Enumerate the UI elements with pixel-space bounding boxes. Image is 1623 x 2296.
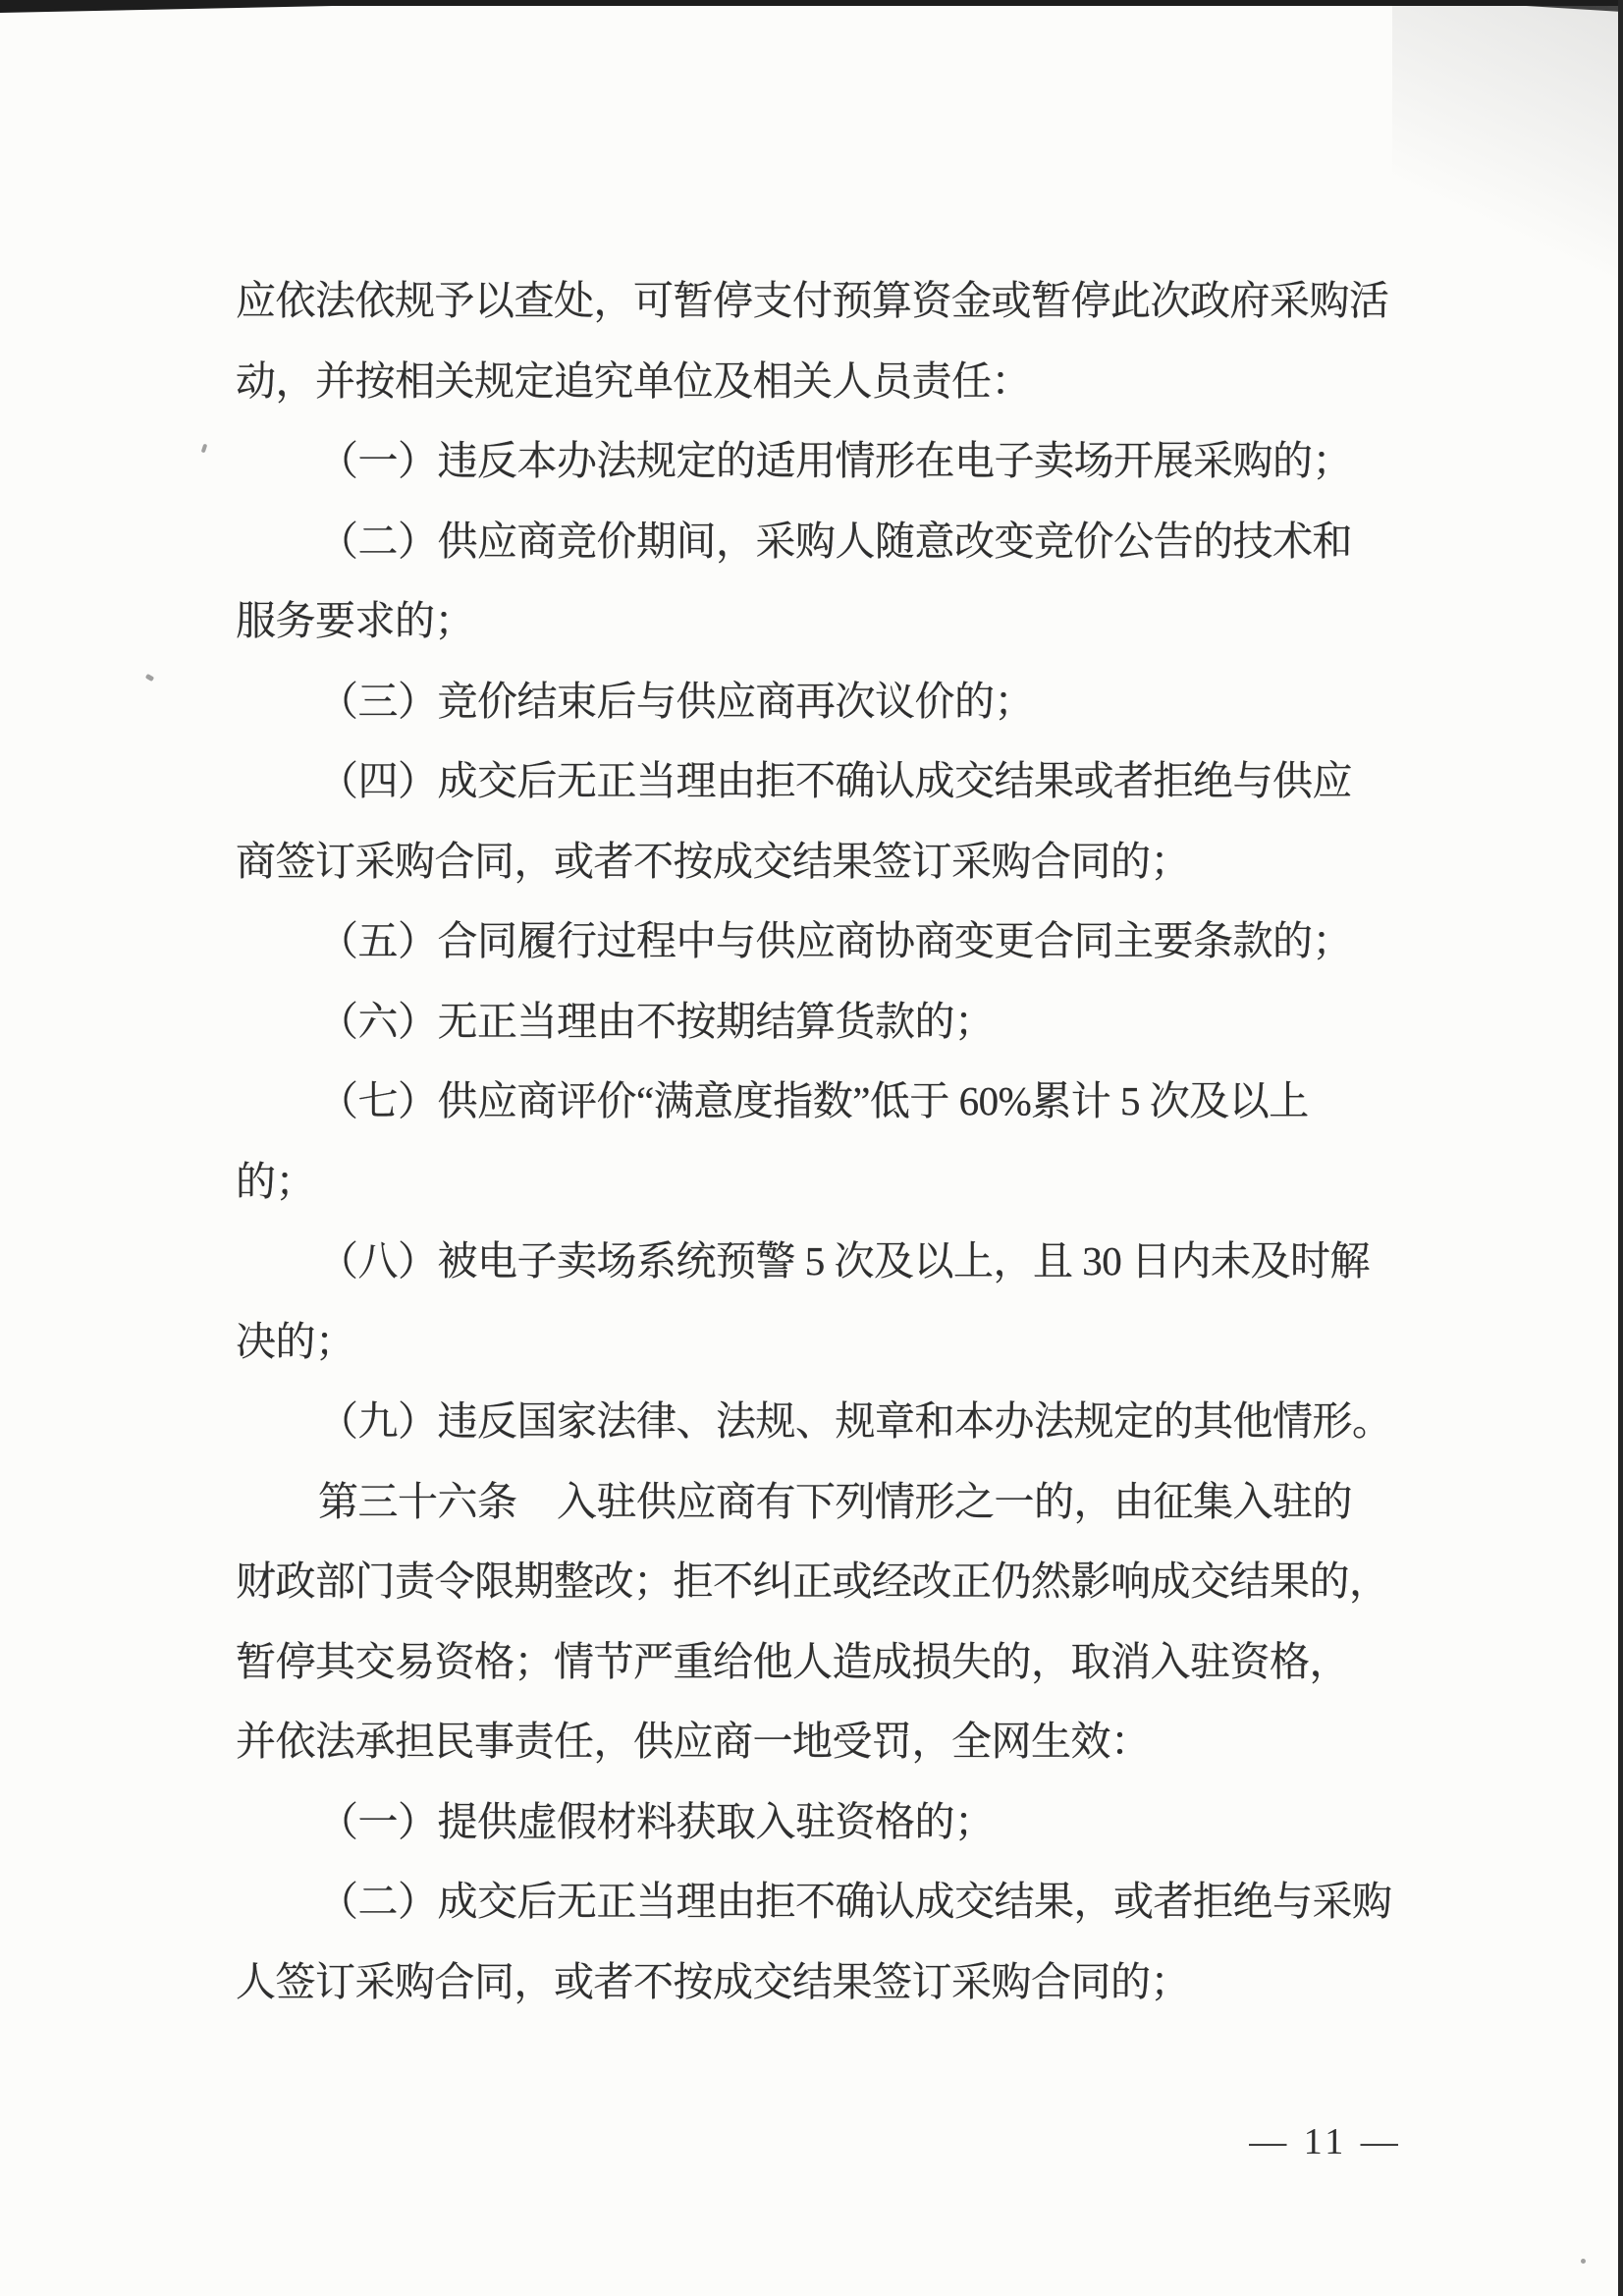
- text-line: （二）成交后无正当理由拒不确认成交结果，或者拒绝与采购: [236, 1862, 1434, 1942]
- text-line: 的；: [236, 1142, 1434, 1223]
- text-line: （九）违反国家法律、法规、规章和本办法规定的其他情形。: [236, 1382, 1434, 1462]
- page-number: — 11 —: [1222, 2119, 1429, 2164]
- document-text-block: 应依法依规予以查处，可暂停支付预算资金或暂停此次政府采购活 动，并按相关规定追究…: [236, 261, 1434, 2022]
- text-line: 财政部门责令限期整改；拒不纠正或经改正仍然影响成交结果的，: [236, 1542, 1434, 1622]
- text-line: 并依法承担民事责任，供应商一地受罚，全网生效：: [236, 1702, 1434, 1782]
- text-line: （六）无正当理由不按期结算货款的；: [236, 982, 1434, 1063]
- text-line: 应依法依规予以查处，可暂停支付预算资金或暂停此次政府采购活: [236, 261, 1434, 342]
- scan-speck: [145, 674, 154, 682]
- text-line: 第三十六条 入驻供应商有下列情形之一的，由征集入驻的: [236, 1462, 1434, 1543]
- text-line: 人签订采购合同，或者不按成交结果签订采购合同的；: [236, 1942, 1434, 2023]
- text-line: （一）违反本办法规定的适用情形在电子卖场开展采购的；: [236, 421, 1434, 502]
- text-line: （八）被电子卖场系统预警 5 次及以上，且 30 日内未及时解: [236, 1222, 1434, 1302]
- text-line: （三）竞价结束后与供应商再次议价的；: [236, 662, 1434, 742]
- scan-speck: [201, 444, 208, 454]
- scan-speck: [1581, 2259, 1586, 2264]
- scan-edge-top-left-wedge: [0, 0, 461, 13]
- text-line: 商签订采购合同，或者不按成交结果签订采购合同的；: [236, 822, 1434, 902]
- text-line: （一）提供虚假材料获取入驻资格的；: [236, 1782, 1434, 1863]
- scan-corner-shade: [1392, 6, 1618, 301]
- text-line: （四）成交后无正当理由拒不确认成交结果或者拒绝与供应: [236, 741, 1434, 822]
- document-page: 应依法依规予以查处，可暂停支付预算资金或暂停此次政府采购活 动，并按相关规定追究…: [0, 0, 1623, 2296]
- scan-edge-right: [1618, 0, 1623, 2296]
- text-line: 暂停其交易资格；情节严重给他人造成损失的，取消入驻资格，: [236, 1622, 1434, 1703]
- text-line: 动，并按相关规定追究单位及相关人员责任：: [236, 342, 1434, 422]
- text-line: （五）合同履行过程中与供应商协商变更合同主要条款的；: [236, 902, 1434, 982]
- text-line: 服务要求的；: [236, 581, 1434, 662]
- text-line: （七）供应商评价“满意度指数”低于 60%累计 5 次及以上: [236, 1062, 1434, 1142]
- text-line: （二）供应商竞价期间，采购人随意改变竞价公告的技术和: [236, 502, 1434, 582]
- text-line: 决的；: [236, 1302, 1434, 1383]
